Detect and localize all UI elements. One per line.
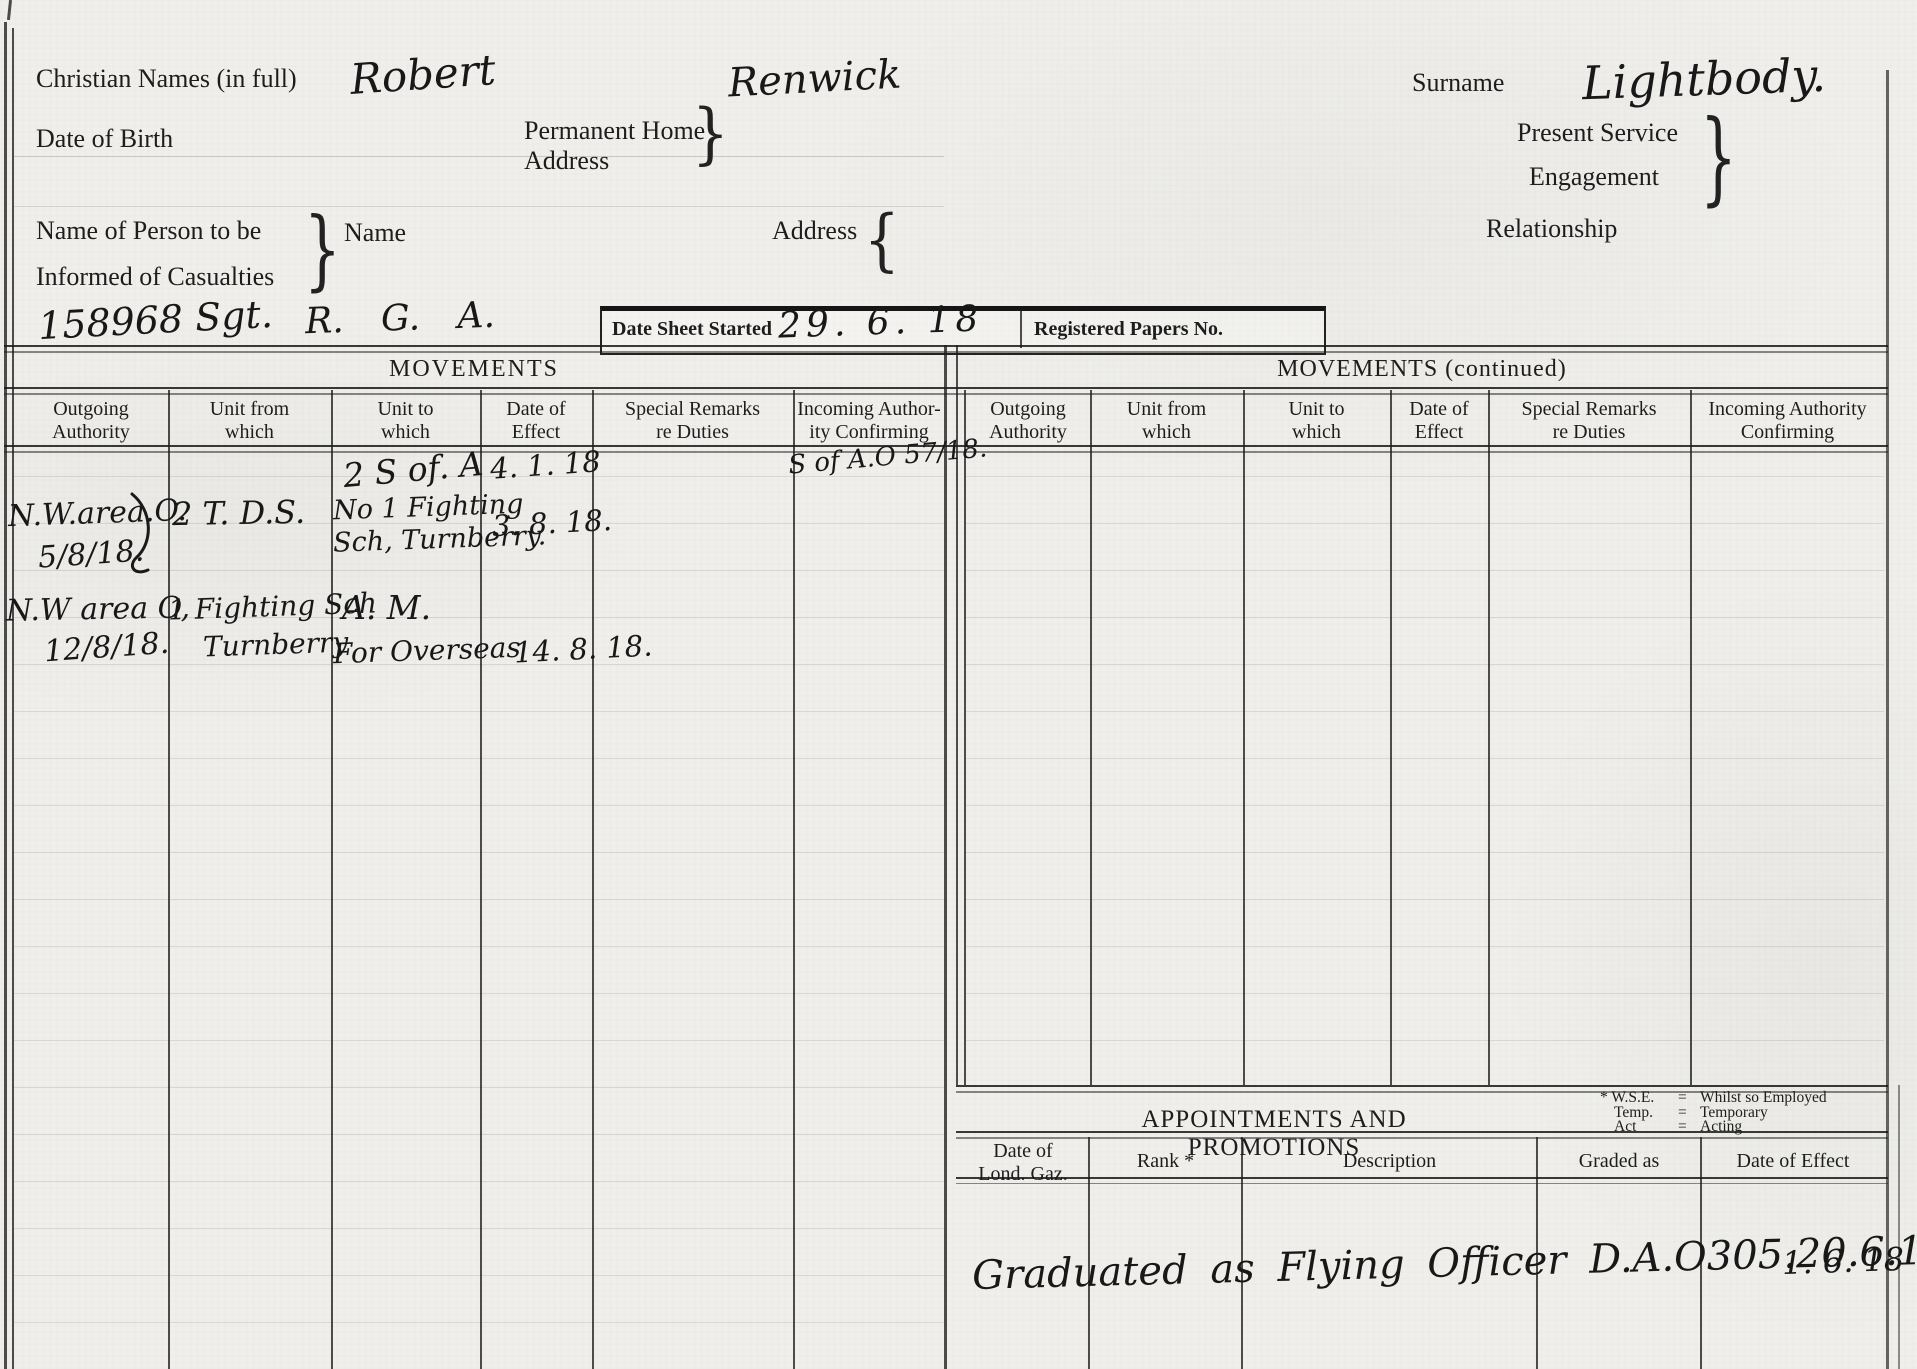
casualties-brace: } [304, 206, 341, 293]
entry2-unit-from: 2 T. D.S. [172, 493, 306, 533]
appt-col-description: Description [1243, 1150, 1536, 1173]
right-table-row-lines [966, 430, 1884, 1085]
entry3-unit-from-line2: Turnberry [202, 625, 348, 663]
right-table-col-divider [1390, 390, 1392, 1085]
christian-middle-name-value: Renwick [727, 51, 902, 106]
entry3-outgoing-authority-line1: N.W area O, [6, 590, 191, 628]
movements-title: MOVEMENTS [334, 356, 614, 383]
left-page-border-outer [4, 22, 7, 1369]
right-col-unit-from: Unit fromwhich [1092, 398, 1241, 444]
appt-col-date-of-effect: Date of Effect [1702, 1150, 1884, 1173]
entry3-unit-to-line2: For Overseas [332, 631, 521, 671]
present-service-label-line2: Engagement [1529, 162, 1659, 192]
right-table-col-divider [1090, 390, 1092, 1085]
right-page-border-outer [1898, 1085, 1900, 1369]
date-sheet-started-value: 29. 6. 18 [777, 298, 984, 346]
left-col-special-remarks: Special Remarksre Duties [594, 398, 791, 444]
movements-continued-title: MOVEMENTS (continued) [1222, 356, 1622, 383]
entry3-date-of-effect: 14. 8. 18. [513, 628, 653, 669]
left-col-unit-to: Unit towhich [333, 398, 478, 444]
right-table-left-border-inner [964, 390, 966, 1085]
next-of-kin-address-label: Address [772, 216, 857, 246]
appointment-entry-date-of-effect: 1. 6. 18 [1781, 1240, 1904, 1282]
right-col-incoming-authority: Incoming AuthorityConfirming [1692, 398, 1883, 444]
abbreviation-legend: * W.S.E. = Whilst so Employed Temp. = Te… [1600, 1091, 1827, 1135]
form-rule [14, 206, 944, 207]
registered-papers-label: Registered Papers No. [1034, 318, 1223, 341]
pen-flourish-stroke [118, 492, 160, 578]
casualties-label-line1: Name of Person to be [36, 216, 261, 246]
right-table-col-divider [1488, 390, 1490, 1085]
left-col-outgoing-authority: OutgoingAuthority [14, 398, 168, 444]
entry2-outgoing-authority-line1: N.W.area.O. [7, 493, 187, 534]
corps-value: R. G. A. [304, 295, 495, 343]
appt-col-rank: Rank * [1090, 1150, 1241, 1173]
surname-label: Surname [1412, 68, 1504, 98]
service-record-document: Christian Names (in full) Robert Renwick… [0, 0, 1917, 1369]
center-gutter-rule-left [944, 345, 947, 1369]
left-col-incoming-authority: Incoming Author-ity Confirming [795, 398, 943, 444]
present-service-brace: } [1700, 106, 1737, 208]
legend-abbr: Temp. [1600, 1106, 1678, 1121]
permanent-home-label-line1: Permanent Home [524, 116, 705, 146]
left-col-date-of-effect: Date ofEffect [482, 398, 590, 444]
relationship-label: Relationship [1486, 214, 1617, 244]
appt-col-graded-as: Graded as [1538, 1150, 1700, 1173]
date-of-birth-label: Date of Birth [36, 124, 173, 154]
next-of-kin-address-brace: { [864, 208, 900, 275]
entry2-date-of-effect: 3. 8. 18. [491, 503, 613, 543]
casualties-label-line2: Informed of Casualties [36, 262, 274, 292]
appointments-title-bottom-rule [956, 1131, 1888, 1139]
date-sheet-started-label: Date Sheet Started [612, 318, 772, 341]
permanent-home-label-line2: Address [524, 146, 609, 176]
permanent-home-brace: } [692, 100, 729, 167]
christian-names-label: Christian Names (in full) [36, 64, 297, 94]
right-table-col-divider [1243, 390, 1245, 1085]
date-sheet-box-divider [1020, 310, 1022, 348]
right-col-special-remarks: Special Remarksre Duties [1490, 398, 1688, 444]
right-col-unit-to: Unit towhich [1245, 398, 1388, 444]
left-col-unit-from: Unit fromwhich [170, 398, 329, 444]
appointment-entry-text: Graduated as Flying Officer D.A.O305.20.… [972, 1227, 1917, 1299]
service-number-value: 158968 Sgt. [37, 292, 274, 348]
appointments-header-bottom-rule [956, 1177, 1888, 1184]
entry3-unit-to-line1: A. M. [342, 588, 431, 627]
christian-first-name-value: Robert [348, 45, 497, 104]
present-service-label-line1: Present Service [1517, 118, 1678, 148]
right-table-col-divider [1690, 390, 1692, 1085]
next-of-kin-name-label: Name [344, 218, 406, 248]
right-page-border [1886, 70, 1889, 1369]
left-table-col-divider [793, 390, 795, 1369]
top-left-corner-tick [7, 0, 12, 20]
left-table-col-divider [168, 390, 170, 1369]
form-rule [14, 156, 944, 157]
right-col-date-of-effect: Date ofEffect [1392, 398, 1486, 444]
